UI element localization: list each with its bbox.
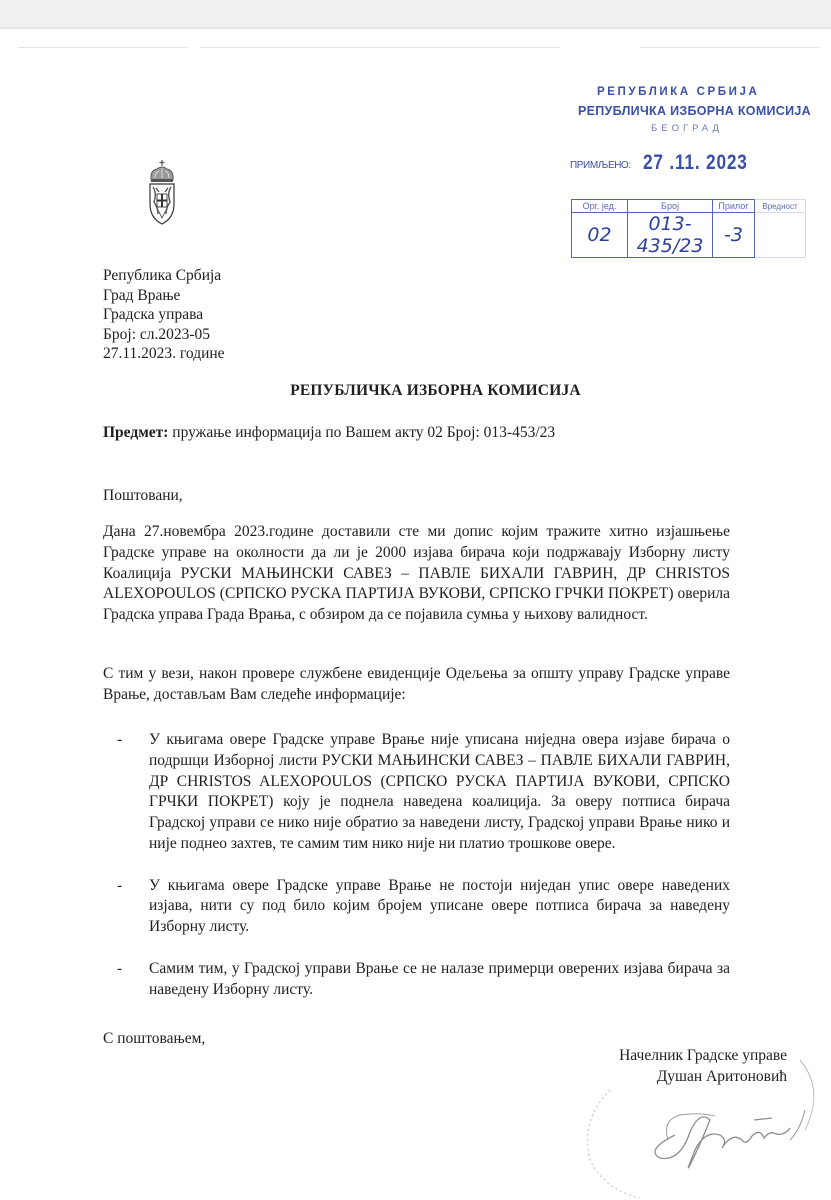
finding-item: - У књигама овере Градске управе Врање н… bbox=[103, 730, 730, 855]
subject-label: Предмет: bbox=[103, 424, 168, 441]
stamp-value-attachment: -3 bbox=[713, 213, 755, 258]
scan-artifact-line bbox=[200, 47, 560, 48]
stamp-city: БЕОГРАД bbox=[651, 123, 723, 134]
scan-artifact-line bbox=[640, 47, 820, 48]
stamp-received-label: ПРИМЉЕНО: bbox=[570, 160, 631, 171]
finding-item: - Самим тим, у Градској управи Врање се … bbox=[103, 959, 730, 1001]
sender-country: Република Србија bbox=[103, 266, 225, 286]
stamp-value-number: 013-435/23 bbox=[628, 213, 713, 258]
body-paragraph-2: С тим у вези, након провере службене еви… bbox=[103, 664, 730, 706]
body-paragraph-1: Дана 27.новембра 2023.године доставили с… bbox=[103, 522, 730, 626]
findings-list: - У књигама овере Градске управе Врање н… bbox=[103, 730, 730, 1021]
stamp-header-value: Вредност bbox=[755, 200, 806, 213]
sender-city: Град Врање bbox=[103, 286, 225, 306]
signatory-name: Душан Аритоновић bbox=[619, 1067, 787, 1088]
serbian-coat-of-arms-icon bbox=[145, 158, 179, 228]
list-dash-marker: - bbox=[117, 959, 122, 980]
stamp-header-attachment: Прилог bbox=[713, 200, 755, 213]
scan-artifact-line bbox=[18, 47, 188, 48]
signatory-title: Начелник Градске управе bbox=[619, 1046, 787, 1067]
stamp-value-org-unit: 02 bbox=[572, 213, 628, 258]
stamp-institution: РЕПУБЛИЧКА ИЗБОРНА КОМИСИЈА bbox=[578, 104, 811, 118]
closing-phrase: С поштовањем, bbox=[103, 1030, 205, 1048]
stamp-header-org-unit: Орг. јед. bbox=[572, 200, 628, 213]
finding-text: Самим тим, у Градској управи Врање се не… bbox=[149, 960, 730, 998]
sender-reference-number: Број: сл.2023-05 bbox=[103, 325, 225, 345]
viewer-top-bar bbox=[0, 0, 831, 29]
sender-block: Република Србија Град Врање Градска упра… bbox=[103, 266, 225, 364]
subject-text: пружање информација по Вашем акту 02 Бро… bbox=[168, 424, 555, 441]
stamp-registry-table: Орг. јед. Број Прилог Вредност 02 013-43… bbox=[571, 199, 806, 258]
sender-date: 27.11.2023. године bbox=[103, 344, 225, 364]
finding-item: - У књигама овере Градске управе Врање н… bbox=[103, 876, 730, 938]
stamp-value-value bbox=[755, 213, 806, 258]
list-dash-marker: - bbox=[117, 876, 122, 897]
finding-text: У књигама овере Градске управе Врање не … bbox=[149, 877, 730, 936]
salutation: Поштовани, bbox=[103, 487, 183, 505]
signature-block: Начелник Градске управе Душан Аритоновић bbox=[619, 1046, 787, 1087]
stamp-received-date: 27 .11. 2023 bbox=[643, 151, 748, 175]
recipient-title: РЕПУБЛИЧКА ИЗБОРНА КОМИСИЈА bbox=[0, 382, 831, 400]
stamp-country: РЕПУБЛИКА СРБИЈА bbox=[597, 86, 759, 98]
list-dash-marker: - bbox=[117, 730, 122, 751]
stamp-header-number: Број bbox=[628, 200, 713, 213]
sender-department: Градска управа bbox=[103, 305, 225, 325]
subject-line: Предмет: пружање информација по Вашем ак… bbox=[103, 424, 555, 442]
finding-text: У књигама овере Градске управе Врање ниј… bbox=[149, 731, 730, 852]
